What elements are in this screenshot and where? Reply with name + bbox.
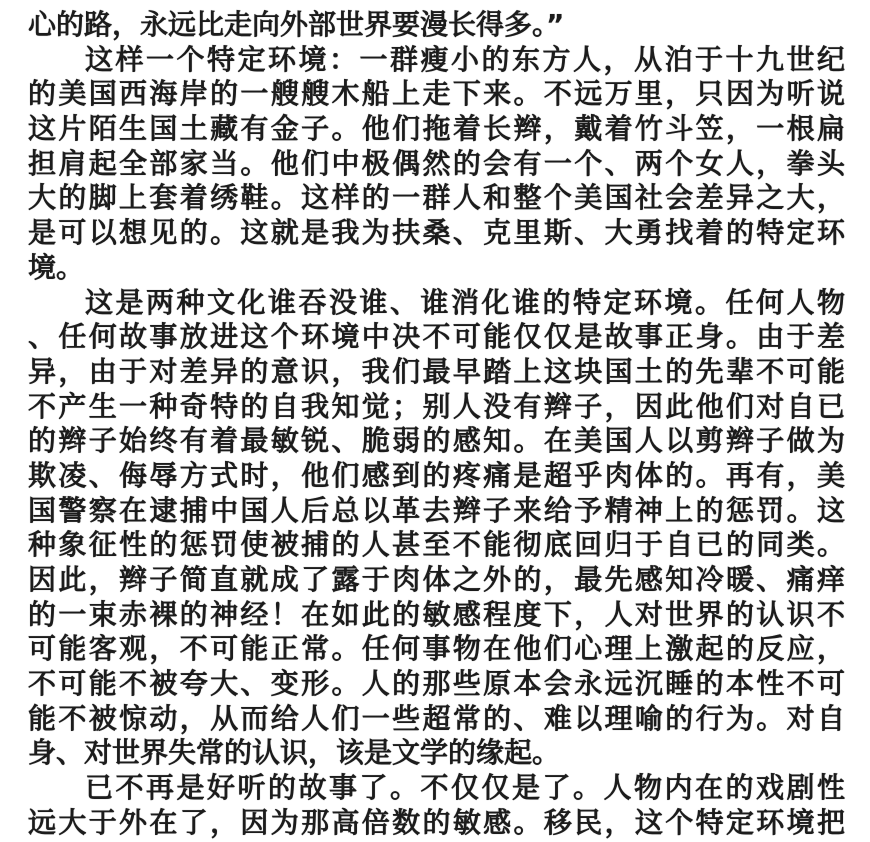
text-line: 的一束赤裸的神经！在如此的敏感程度下，人对世界的认识不: [28, 598, 845, 633]
text-line: 国警察在逮捕中国人后总以革去辫子来给予精神上的惩罚。这: [28, 494, 845, 529]
text-line: 大的脚上套着绣鞋。这样的一群人和整个美国社会差异之大，: [28, 181, 845, 216]
text-line: 身、对世界失常的认识，该是文学的缘起。: [28, 736, 845, 771]
text-line: 的辫子始终有着最敏锐、脆弱的感知。在美国人以剪辫子做为: [28, 424, 845, 459]
text-line: 能不被惊动，从而给人们一些超常的、难以理喻的行为。对自: [28, 702, 845, 737]
scanned-page: 心的路，永远比走向外部世界要漫长得多。”这样一个特定环境：一群瘦小的东方人，从泊…: [0, 0, 870, 842]
text-line: 已不再是好听的故事了。不仅仅是了。人物内在的戏剧性: [28, 771, 845, 806]
text-line: 这是两种文化谁吞没谁、谁消化谁的特定环境。任何人物: [28, 286, 845, 321]
text-line: 异，由于对差异的意识，我们最早踏上这块国土的先辈不可能: [28, 355, 845, 390]
text-line: 心的路，永远比走向外部世界要漫长得多。”: [28, 8, 845, 43]
text-line: 是可以想见的。这就是我为扶桑、克里斯、大勇找着的特定环: [28, 216, 845, 251]
text-line: 远大于外在了，因为那高倍数的敏感。移民，这个特定环境把: [28, 806, 845, 841]
text-line: 担肩起全部家当。他们中极偶然的会有一个、两个女人，拳头: [28, 147, 845, 182]
text-line: 境。: [28, 251, 845, 286]
text-line: 、任何故事放进这个环境中决不可能仅仅是故事正身。由于差: [28, 320, 845, 355]
text-line: 因此，辫子简直就成了露于肉体之外的，最先感知冷暖、痛痒: [28, 563, 845, 598]
text-line: 这样一个特定环境：一群瘦小的东方人，从泊于十九世纪: [28, 43, 845, 78]
text-line: 欺凌、侮辱方式时，他们感到的疼痛是超乎肉体的。再有，美: [28, 459, 845, 494]
text-line: 种象征性的惩罚使被捕的人甚至不能彻底回归于自已的同类。: [28, 528, 845, 563]
text-line: 可能客观，不可能正常。任何事物在他们心理上激起的反应，: [28, 632, 845, 667]
text-block: 心的路，永远比走向外部世界要漫长得多。”这样一个特定环境：一群瘦小的东方人，从泊…: [28, 8, 845, 841]
text-line: 不可能不被夸大、变形。人的那些原本会永远沉睡的本性不可: [28, 667, 845, 702]
text-line: 不产生一种奇特的自我知觉；别人没有辫子，因此他们对自已: [28, 390, 845, 425]
text-line: 这片陌生国土藏有金子。他们拖着长辫，戴着竹斗笠，一根扁: [28, 112, 845, 147]
text-line: 的美国西海岸的一艘艘木船上走下来。不远万里，只因为听说: [28, 77, 845, 112]
